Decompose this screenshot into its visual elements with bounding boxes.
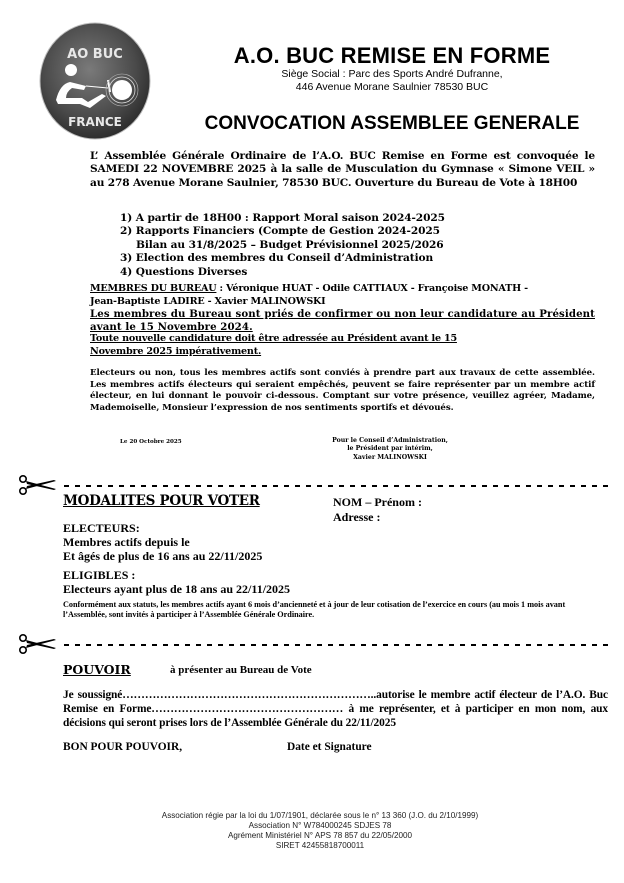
nom-prenom-label: NOM – Prénom : — [333, 495, 422, 510]
bureau-members-line-1: MEMBRES DU BUREAU : Véronique HUAT - Odi… — [90, 283, 595, 296]
adresse-label: Adresse : — [333, 510, 380, 525]
legal-footer: Association régie par la loi du 1/07/190… — [130, 811, 510, 851]
new-candidate-notice-line-2: Novembre 2025 impérativement. — [90, 346, 595, 359]
bureau-label: MEMBRES DU BUREAU — [90, 283, 216, 294]
new-candidate-notice-line-1: Toute nouvelle candidature doit être adr… — [90, 333, 595, 346]
electeurs-criteria: ELECTEURS: Membres actifs depuis le Et â… — [63, 521, 262, 563]
scissors-icon — [18, 634, 58, 654]
document-title: CONVOCATION ASSEMBLEE GENERALE — [160, 113, 624, 135]
bon-pour-pouvoir-label: BON POUR POUVOIR, — [63, 741, 182, 753]
scissors-icon — [18, 475, 58, 495]
electeurs-paragraph: Electeurs ou non, tous les membres actif… — [90, 368, 595, 414]
statuts-notice: Conformément aux statuts, les membres ac… — [63, 600, 608, 621]
bureau-members-line-2: Jean-Baptiste LADIRE - Xavier MALINOWSKI — [90, 296, 595, 309]
letter-date: Le 20 Octobre 2025 — [120, 439, 182, 445]
modalites-title: MODALITES POUR VOTER — [63, 493, 260, 509]
eligibles-criteria: ELIGIBLES : Electeurs ayant plus de 18 a… — [63, 568, 290, 596]
agenda-item: 1) A partir de 18H00 : Rapport Moral sai… — [120, 212, 560, 225]
date-signature-label: Date et Signature — [287, 741, 372, 753]
pouvoir-title: POUVOIR — [63, 662, 131, 677]
agenda-item-continuation: Bilan au 31/8/2025 – Budget Prévisionnel… — [120, 239, 560, 252]
agenda-list: 1) A partir de 18H00 : Rapport Moral sai… — [120, 212, 560, 279]
club-logo: AO BUC FRANCE — [36, 22, 154, 140]
pouvoir-subtitle: à présenter au Bureau de Vote — [170, 664, 312, 676]
agenda-item: 3) Election des membres du Conseil d’Adm… — [120, 252, 560, 265]
svg-text:AO BUC: AO BUC — [67, 47, 123, 62]
agenda-item: 2) Rapports Financiers (Compte de Gestio… — [120, 225, 560, 238]
cut-line — [18, 634, 608, 654]
address-line-2: 446 Avenue Morane Saulnier 78530 BUC — [160, 81, 624, 93]
confirm-notice: Les membres du Bureau sont priés de conf… — [90, 308, 595, 333]
dashed-divider — [64, 485, 608, 487]
bureau-members: Véronique HUAT - Odile CATTIAUX - Franço… — [226, 283, 528, 294]
svg-text:FRANCE: FRANCE — [68, 115, 122, 129]
proxy-form-text: Je soussigné…………………………………………………………..auto… — [63, 689, 608, 730]
organization-title: A.O. BUC REMISE EN FORME — [160, 43, 624, 69]
bureau-section: MEMBRES DU BUREAU : Véronique HUAT - Odi… — [90, 283, 595, 359]
intro-paragraph: L’ Assemblée Générale Ordinaire de l’A.O… — [90, 150, 595, 190]
dashed-divider — [64, 644, 608, 646]
agenda-item: 4) Questions Diverses — [120, 266, 560, 279]
cut-line — [18, 475, 608, 495]
address-line-1: Siège Social : Parc des Sports André Duf… — [160, 68, 624, 80]
signature-block: Pour le Conseil d’Administration, le Pré… — [300, 437, 480, 462]
